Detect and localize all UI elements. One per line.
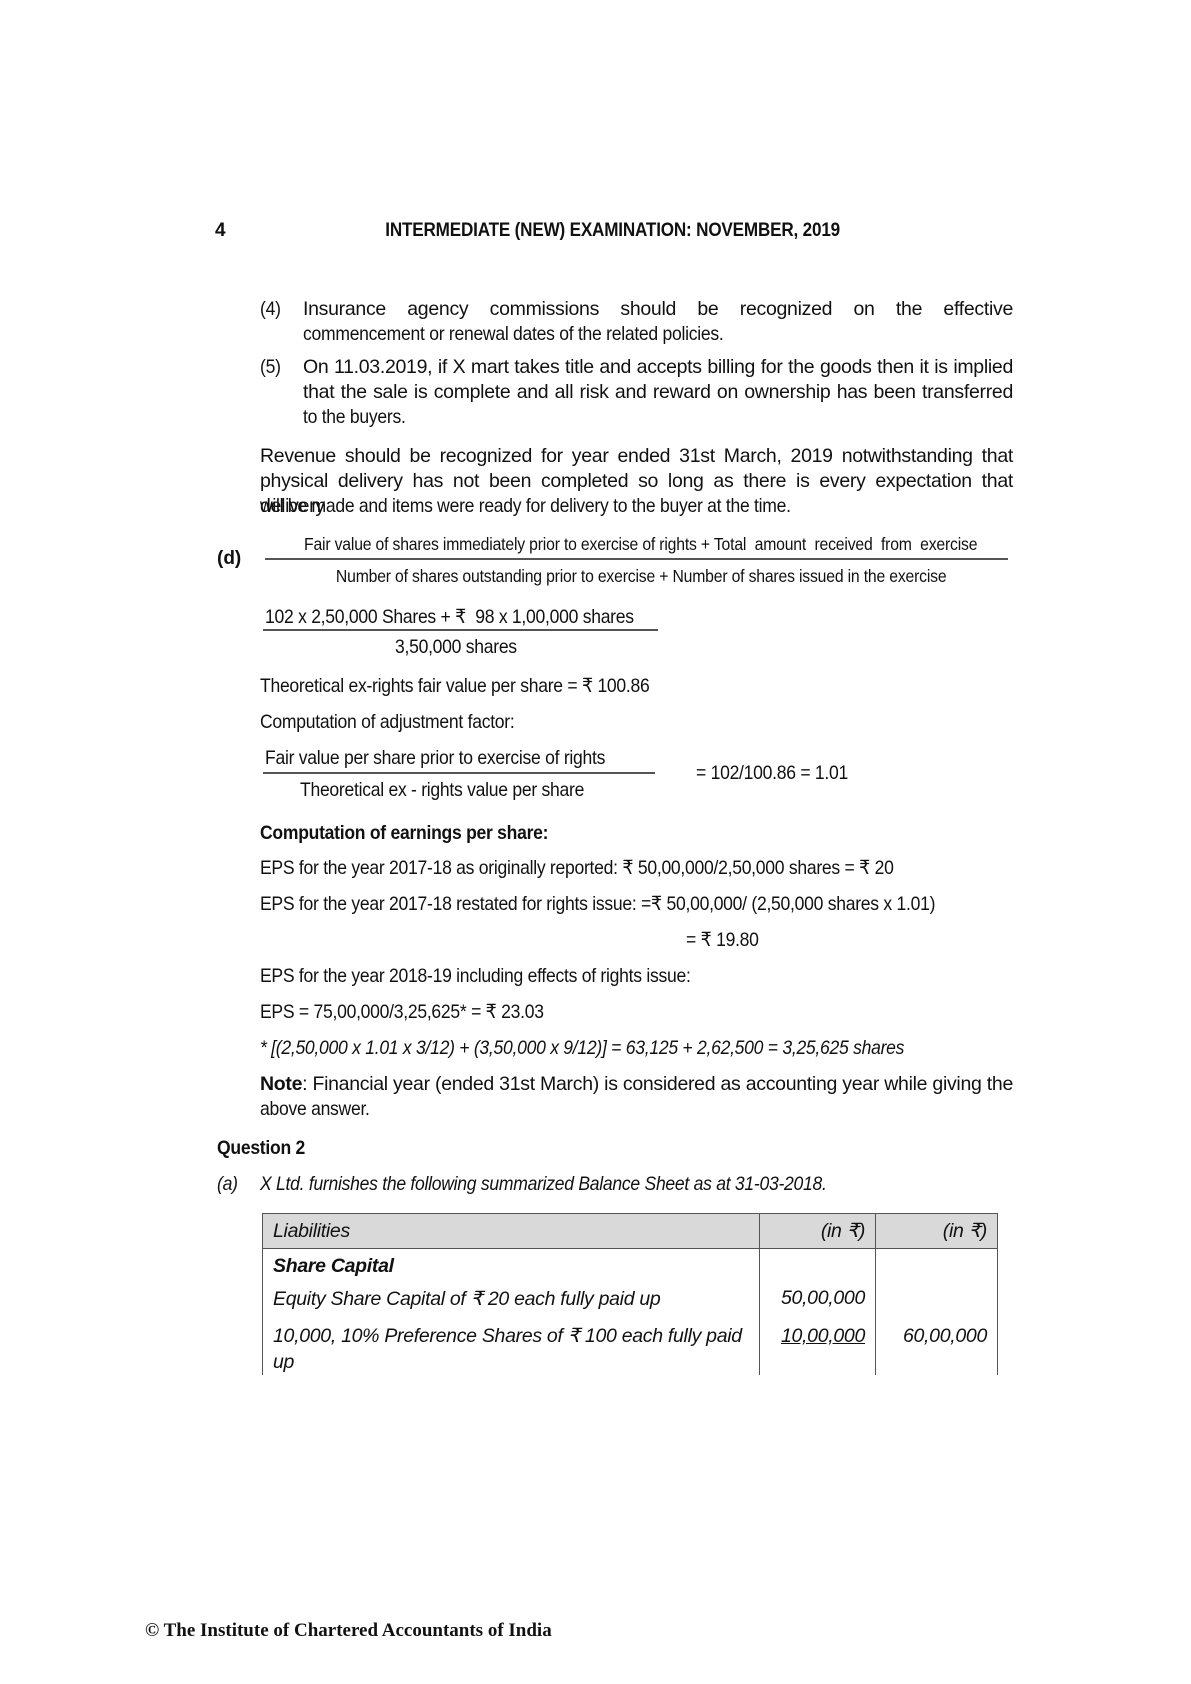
terp-line: Theoretical ex-rights fair value per sha…	[260, 674, 650, 699]
item-text-line: On 11.03.2019, if X mart takes title and…	[303, 355, 1013, 380]
note-text: : Financial year (ended 31st March) is c…	[302, 1073, 1013, 1095]
adj-result: = 102/100.86 = 1.01	[696, 761, 848, 786]
item-text-line: Insurance agency commissions should be r…	[303, 297, 1013, 322]
part-label: (a)	[217, 1172, 238, 1197]
row-amount: 50,00,000	[760, 1283, 876, 1321]
question-heading: Question 2	[217, 1136, 305, 1161]
formula-denominator: Number of shares outstanding prior to ex…	[336, 566, 947, 587]
adj-denominator: Theoretical ex - rights value per share	[300, 778, 584, 803]
adjustment-heading: Computation of adjustment factor:	[260, 710, 514, 735]
row-label: 10,000, 10% Preference Shares of ₹ 100 e…	[263, 1321, 760, 1375]
revenue-paragraph-line: will be made and items were ready for de…	[260, 494, 791, 519]
eps-line: EPS for the year 2017-18 restated for ri…	[260, 892, 935, 917]
eps-footnote: * [(2,50,000 x 1.01 x 3/12) + (3,50,000 …	[260, 1036, 904, 1061]
copyright-footer: © The Institute of Chartered Accountants…	[145, 1620, 552, 1642]
balance-sheet-table: Liabilities (in ₹) (in ₹) Share Capital …	[262, 1213, 998, 1375]
note-line: Note: Financial year (ended 31st March) …	[260, 1072, 1013, 1097]
eps-line: EPS = 75,00,000/3,25,625* = ₹ 23.03	[260, 1000, 544, 1025]
table-row: Equity Share Capital of ₹ 20 each fully …	[263, 1283, 998, 1321]
fraction-bar	[263, 772, 655, 774]
table-row: Share Capital	[263, 1249, 998, 1284]
row-total	[876, 1283, 998, 1321]
adj-numerator: Fair value per share prior to exercise o…	[265, 746, 605, 771]
item-number: (4)	[260, 297, 281, 322]
fraction-bar	[265, 558, 1008, 560]
table-header-row: Liabilities (in ₹) (in ₹)	[263, 1214, 998, 1249]
page-header-title: INTERMEDIATE (NEW) EXAMINATION: NOVEMBER…	[385, 220, 840, 242]
calc-numerator: 102 x 2,50,000 Shares + ₹ 98 x 1,00,000 …	[265, 605, 634, 630]
formula-numerator: Fair value of shares immediately prior t…	[304, 534, 1006, 555]
column-header: Liabilities	[263, 1214, 760, 1249]
row-amount: 10,00,000	[781, 1325, 865, 1347]
eps-line: = ₹ 19.80	[686, 928, 759, 953]
column-header: (in ₹)	[876, 1214, 998, 1249]
fraction-bar	[263, 629, 658, 631]
eps-line: EPS for the year 2017-18 as originally r…	[260, 856, 894, 881]
table-row: 10,000, 10% Preference Shares of ₹ 100 e…	[263, 1321, 998, 1375]
item-number: (5)	[260, 355, 281, 380]
section-heading: Share Capital	[263, 1249, 760, 1284]
eps-heading: Computation of earnings per share:	[260, 821, 548, 846]
item-text-line: commencement or renewal dates of the rel…	[303, 322, 942, 347]
row-total: 60,00,000	[876, 1321, 998, 1375]
page-number: 4	[215, 220, 226, 242]
row-label: Equity Share Capital of ₹ 20 each fully …	[263, 1283, 760, 1321]
question-intro: X Ltd. furnishes the following summarize…	[260, 1172, 827, 1197]
revenue-paragraph-line: Revenue should be recognized for year en…	[260, 444, 1013, 469]
calc-denominator: 3,50,000 shares	[395, 635, 517, 660]
note-label: Note	[260, 1073, 302, 1095]
item-text-line: to the buyers.	[303, 405, 942, 430]
column-header: (in ₹)	[760, 1214, 876, 1249]
note-line: above answer.	[260, 1097, 370, 1122]
eps-line: EPS for the year 2018-19 including effec…	[260, 964, 691, 989]
part-label: (d)	[217, 548, 241, 570]
item-text-line: that the sale is complete and all risk a…	[303, 380, 1013, 405]
